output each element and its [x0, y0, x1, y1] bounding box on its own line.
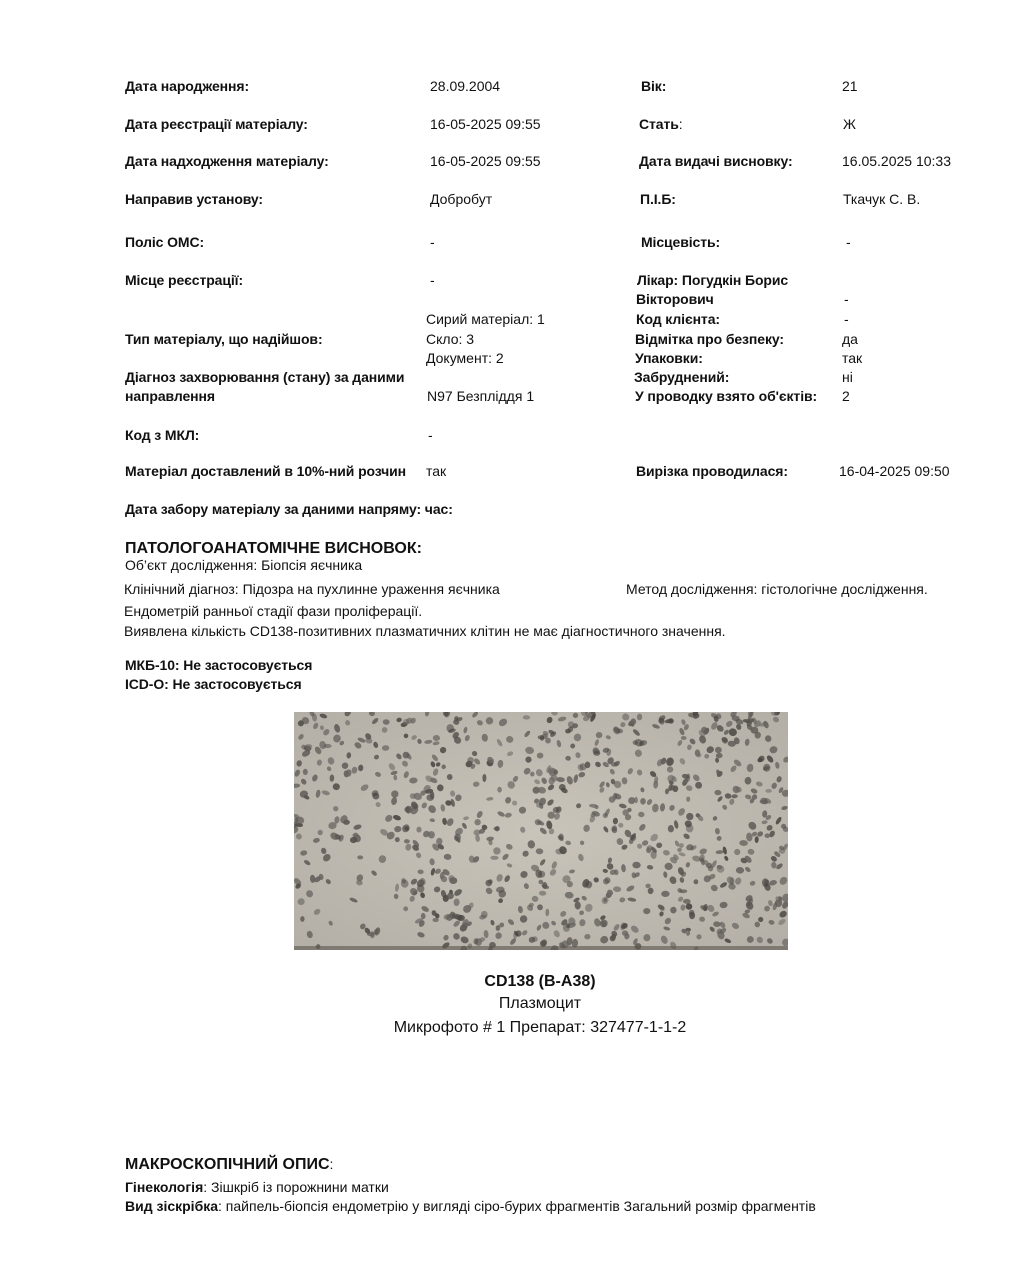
objects-taken-value: 2: [842, 388, 850, 404]
oms-policy-label: Поліс ОМС:: [125, 234, 204, 250]
referral-diagnosis-label-line2: направлення: [125, 388, 215, 404]
safety-mark-label: Відмітка про безпеку:: [635, 331, 784, 347]
formalin-label: Матеріал доставлений в 10%-ний розчин: [125, 463, 406, 479]
registration-date-value: 16-05-2025 09:55: [430, 116, 541, 132]
receipt-date-label: Дата надходження матеріалу:: [125, 153, 329, 169]
formalin-value: так: [426, 463, 446, 479]
sex-label: Стать: [639, 116, 679, 132]
material-type-label: Тип матеріалу, що надійшов:: [125, 331, 323, 347]
gynecology-value: : Зішкріб із порожнини матки: [203, 1179, 389, 1195]
full-name-value: Ткачук С. В.: [843, 191, 920, 207]
cutting-label: Вирізка проводилася:: [636, 463, 788, 479]
birth-date-label: Дата народження:: [125, 78, 249, 94]
cell-type-caption: Плазмоцит: [0, 992, 1024, 1016]
mkl-code-label: Код з МКЛ:: [125, 427, 199, 443]
issue-date-label: Дата видачі висновку:: [639, 153, 793, 169]
macroscopic-heading-colon: :: [330, 1156, 334, 1172]
registration-date-label: Дата реєстрації матеріалу:: [125, 116, 308, 132]
collection-date-label: Дата забору матеріалу за даними напряму:…: [125, 501, 453, 517]
sex-label-colon: :: [679, 116, 683, 132]
packages-value: так: [842, 350, 862, 366]
objects-taken-label: У проводку взято об'єктів:: [635, 388, 817, 404]
sex-value: Ж: [843, 116, 856, 132]
age-label: Вік:: [641, 78, 666, 94]
macroscopic-heading: МАКРОСКОПІЧНИЙ ОПИС: [125, 1156, 330, 1173]
contaminated-label: Забруднений:: [634, 369, 729, 385]
research-method: Метод дослідження: гістологічне дослідже…: [626, 581, 928, 597]
registration-place-value: -: [430, 272, 435, 288]
safety-mark-value: да: [842, 331, 858, 347]
icd10-code: МКБ-10: Не застосовується: [125, 657, 312, 673]
packages-label: Упаковки:: [635, 350, 703, 366]
research-object: Об’єкт дослідження: Біопсія яєчника: [125, 557, 362, 573]
sex-label-wrap: Стать:: [639, 116, 683, 134]
referral-diagnosis-value: N97 Безпліддя 1: [427, 388, 534, 404]
cutting-value: 16-04-2025 09:50: [839, 463, 950, 479]
referral-diagnosis-label-line1: Діагноз захворювання (стану) за даними: [125, 369, 404, 385]
clinical-diagnosis: Клінічний діагноз: Підозра на пухлинне у…: [124, 581, 500, 597]
age-value: 21: [842, 78, 858, 94]
conclusion-heading: ПАТОЛОГОАНАТОМІЧНЕ ВИСНОВОК:: [125, 540, 422, 558]
material-type-value-document: Документ: 2: [426, 350, 504, 366]
material-type-value-raw: Сирий матеріал: 1: [426, 311, 545, 327]
doctor-label-line1: Лікар: Погудкін Борис: [637, 272, 788, 288]
scraping-label: Вид зіскрібка: [125, 1198, 218, 1214]
client-code-value: -: [844, 311, 849, 327]
micrograph-image: [294, 712, 788, 950]
registration-place-label: Місце реєстрації:: [125, 272, 243, 288]
stain-caption: CD138 (B-A38): [0, 972, 1024, 992]
icdo-code: ICD-O: Не застосовується: [125, 676, 302, 692]
issue-date-value: 16.05.2025 10:33: [842, 153, 951, 169]
scraping-line: Вид зіскрібка: пайпель-біопсія ендометрі…: [125, 1198, 816, 1214]
locality-label: Місцевість:: [641, 234, 720, 250]
receipt-date-value: 16-05-2025 09:55: [430, 153, 541, 169]
locality-value: -: [846, 234, 851, 250]
referring-institution-label: Направив установу:: [125, 191, 263, 207]
oms-policy-value: -: [430, 234, 435, 250]
specimen-caption: Микрофото # 1 Препарат: 327477-1-1-2: [0, 1016, 1024, 1040]
scraping-value: : пайпель-біопсія ендометрію у вигляді с…: [218, 1198, 816, 1214]
full-name-label: П.І.Б:: [640, 191, 676, 207]
finding-endometrium: Ендометрій ранньої стадії фази проліфера…: [124, 603, 422, 619]
gynecology-label: Гінекологія: [125, 1179, 203, 1195]
contaminated-value: ні: [842, 369, 853, 385]
doctor-label-line2: Вікторович: [636, 291, 714, 307]
mkl-code-value: -: [428, 427, 433, 443]
macroscopic-heading-wrap: МАКРОСКОПІЧНИЙ ОПИС:: [125, 1156, 333, 1174]
referring-institution-value: Добробут: [430, 191, 492, 207]
finding-cd138: Виявлена кількість CD138-позитивних плаз…: [124, 623, 726, 639]
material-type-value-glass: Скло: 3: [426, 331, 474, 347]
micrograph-captions: CD138 (B-A38) Плазмоцит Микрофото # 1 Пр…: [0, 972, 1024, 1040]
gynecology-line: Гінекологія: Зішкріб із порожнини матки: [125, 1179, 389, 1195]
birth-date-value: 28.09.2004: [430, 78, 500, 94]
client-code-label: Код клієнта:: [636, 311, 720, 327]
doctor-value: -: [844, 291, 849, 307]
